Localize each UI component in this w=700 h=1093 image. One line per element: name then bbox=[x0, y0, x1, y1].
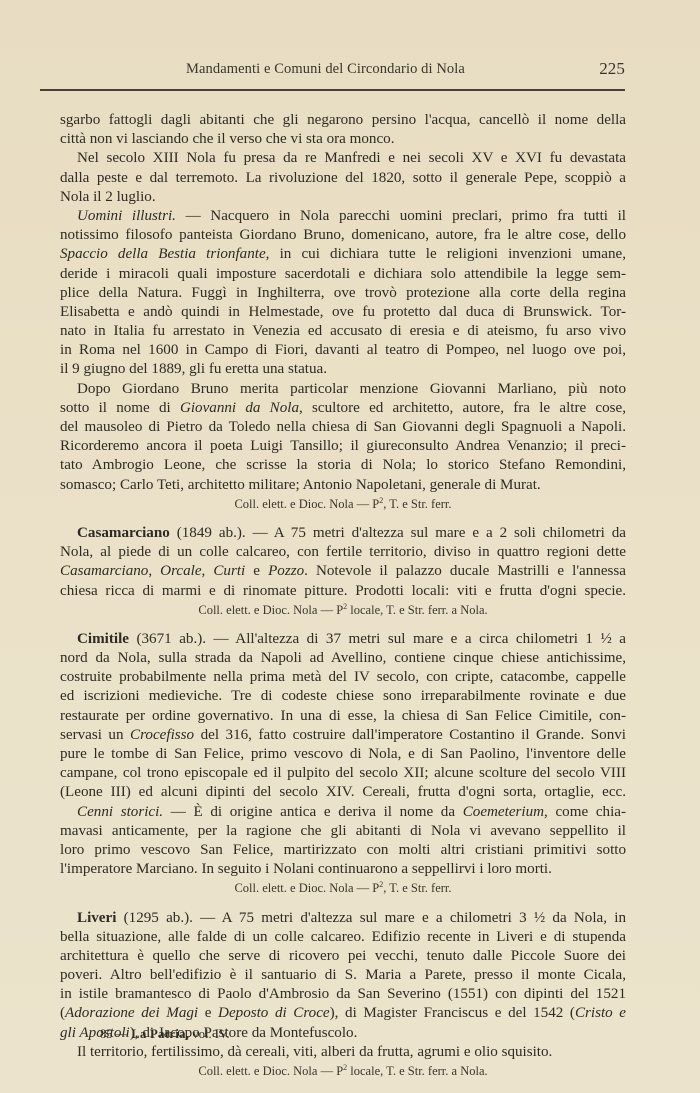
text-line: plice della Natura. Fuggì in Inghilterra… bbox=[60, 284, 626, 303]
text-line: chiesa ricca di marmi e di rinomate pitt… bbox=[60, 582, 626, 601]
text-line: in istile bramantesco di Paolo d'Ambrosi… bbox=[60, 985, 626, 1004]
text-line: somasco; Carlo Teti, architetto militare… bbox=[60, 476, 626, 495]
text-line: Uomini illustri. — Nacquero in Nola pare… bbox=[60, 207, 626, 226]
text-line: architettura è quello che serve di ricov… bbox=[60, 947, 626, 966]
header-rule bbox=[40, 89, 625, 91]
text-line: servasi un Crocefisso del 316, fatto cos… bbox=[60, 726, 626, 745]
text-line: bella situazione, alle falde di un colle… bbox=[60, 928, 626, 947]
admin-info-line: Coll. elett. e Dioc. Nola — P2, T. e Str… bbox=[60, 879, 626, 898]
entry-heading: Casamarciano bbox=[77, 525, 170, 541]
text-line: Il territorio, fertilissimo, dà cereali,… bbox=[60, 1043, 626, 1062]
text-line: loro primo vescovo San Felice, martirizz… bbox=[60, 841, 626, 860]
admin-info-line: Coll. elett. e Dioc. Nola — P2 locale, T… bbox=[60, 601, 626, 620]
text-line: città non vi lasciando che il verso che … bbox=[60, 130, 626, 149]
text-line: nato in Italia fu arrestato in Venezia e… bbox=[60, 322, 626, 341]
alias-name: Giovanni da Nola bbox=[180, 400, 299, 416]
text-line: Elisabetta e andò quindi in Helmestade, … bbox=[60, 303, 626, 322]
text-line: (Adorazione dei Magi e Deposto di Croce)… bbox=[60, 1004, 626, 1023]
subheading-uomini-illustri: Uomini illustri. bbox=[77, 208, 176, 224]
text-line: Spaccio della Bestia trionfante, in cui … bbox=[60, 245, 626, 264]
page-number: 225 bbox=[599, 59, 625, 79]
text-line: costruite probabilmente nella prima metà… bbox=[60, 668, 626, 687]
text-line: del mausoleo di Pietro da Toledo nella c… bbox=[60, 418, 626, 437]
text-line: restaurate per ordine governativo. In un… bbox=[60, 707, 626, 726]
entry-heading: Cimitile bbox=[77, 631, 129, 647]
text-line: Casamarciano, Orcale, Curti e Pozzo. Not… bbox=[60, 562, 626, 581]
text-line: notissimo filosofo panteista Giordano Br… bbox=[60, 226, 626, 245]
text-line: Nola, al piede di un colle calcareo, con… bbox=[60, 543, 626, 562]
admin-info-line: Coll. elett. e Dioc. Nola — P2, T. e Str… bbox=[60, 495, 626, 514]
admin-info-line: Coll. elett. e Dioc. Nola — P2 locale, T… bbox=[60, 1062, 626, 1081]
subheading-cenni-storici: Cenni storici. bbox=[77, 804, 163, 820]
signature-number: 85 — bbox=[100, 1027, 131, 1041]
text-line: Casamarciano (1849 ab.). — A 75 metri d'… bbox=[60, 524, 626, 543]
text-line: in Roma nel 1600 in Campo di Fiori, dava… bbox=[60, 341, 626, 360]
work-title: Spaccio della Bestia trionfante, bbox=[60, 246, 269, 262]
text-line: ed iscrizioni medieviche. Tre di codeste… bbox=[60, 687, 626, 706]
text-line: Nola il 2 luglio. bbox=[60, 188, 626, 207]
signature-footer: 85 — La Patria, vol. IV. bbox=[100, 1027, 229, 1042]
volume-label: vol. IV. bbox=[189, 1027, 229, 1041]
running-title: Mandamenti e Comuni del Circondario di N… bbox=[186, 61, 465, 78]
section-casamarciano: Casamarciano (1849 ab.). — A 75 metri d'… bbox=[60, 524, 626, 620]
text-line: l'imperatore Marciano. In seguito i Nola… bbox=[60, 860, 626, 879]
section-nola: sgarbo fattogli dagli abitanti che gli n… bbox=[60, 111, 626, 514]
section-cimitile: Cimitile (3671 ab.). — All'altezza di 37… bbox=[60, 630, 626, 899]
work-title: La Patria, bbox=[131, 1027, 189, 1041]
text-line: Ricorderemo ancora il poeta Luigi Tansil… bbox=[60, 437, 626, 456]
text-line: Cenni storici. — È di origine antica e d… bbox=[60, 803, 626, 822]
text-line: il 9 giugno del 1889, gli fu eretta una … bbox=[60, 360, 626, 379]
text-line: sotto il nome di Giovanni da Nola, scult… bbox=[60, 399, 626, 418]
section-liveri: Liveri (1295 ab.). — A 75 metri d'altezz… bbox=[60, 909, 626, 1082]
text-line: poveri. Altro bell'edifizio è il santuar… bbox=[60, 966, 626, 985]
book-page: Mandamenti e Comuni del Circondario di N… bbox=[0, 0, 700, 1093]
text-line: campane, col trono episcopale ed il pulp… bbox=[60, 764, 626, 783]
text-line: mavasi anticamente, per la ragione che g… bbox=[60, 822, 626, 841]
text-line: pure le tombe di San Felice, primo vesco… bbox=[60, 745, 626, 764]
text-line: Dopo Giordano Bruno merita particolar me… bbox=[60, 380, 626, 399]
text-line: Liveri (1295 ab.). — A 75 metri d'altezz… bbox=[60, 909, 626, 928]
text-line: sgarbo fattogli dagli abitanti che gli n… bbox=[60, 111, 626, 130]
body-text: sgarbo fattogli dagli abitanti che gli n… bbox=[60, 111, 626, 1081]
text-line: Nel secolo XIII Nola fu presa da re Manf… bbox=[60, 149, 626, 168]
text-line: nord da Nola, sulla strada da Napoli ad … bbox=[60, 649, 626, 668]
text-line: deride i miracoli quali imposture sacerd… bbox=[60, 265, 626, 284]
text-line: Cimitile (3671 ab.). — All'altezza di 37… bbox=[60, 630, 626, 649]
entry-heading: Liveri bbox=[77, 910, 116, 926]
text-line: dalla peste e dal terremoto. La rivoluzi… bbox=[60, 169, 626, 188]
text-line: tato Ambrogio Leone, che scrisse la stor… bbox=[60, 456, 626, 475]
text-line: (Leone III) ed alcuni dipinti del secolo… bbox=[60, 783, 626, 802]
running-head: Mandamenti e Comuni del Circondario di N… bbox=[40, 61, 625, 83]
